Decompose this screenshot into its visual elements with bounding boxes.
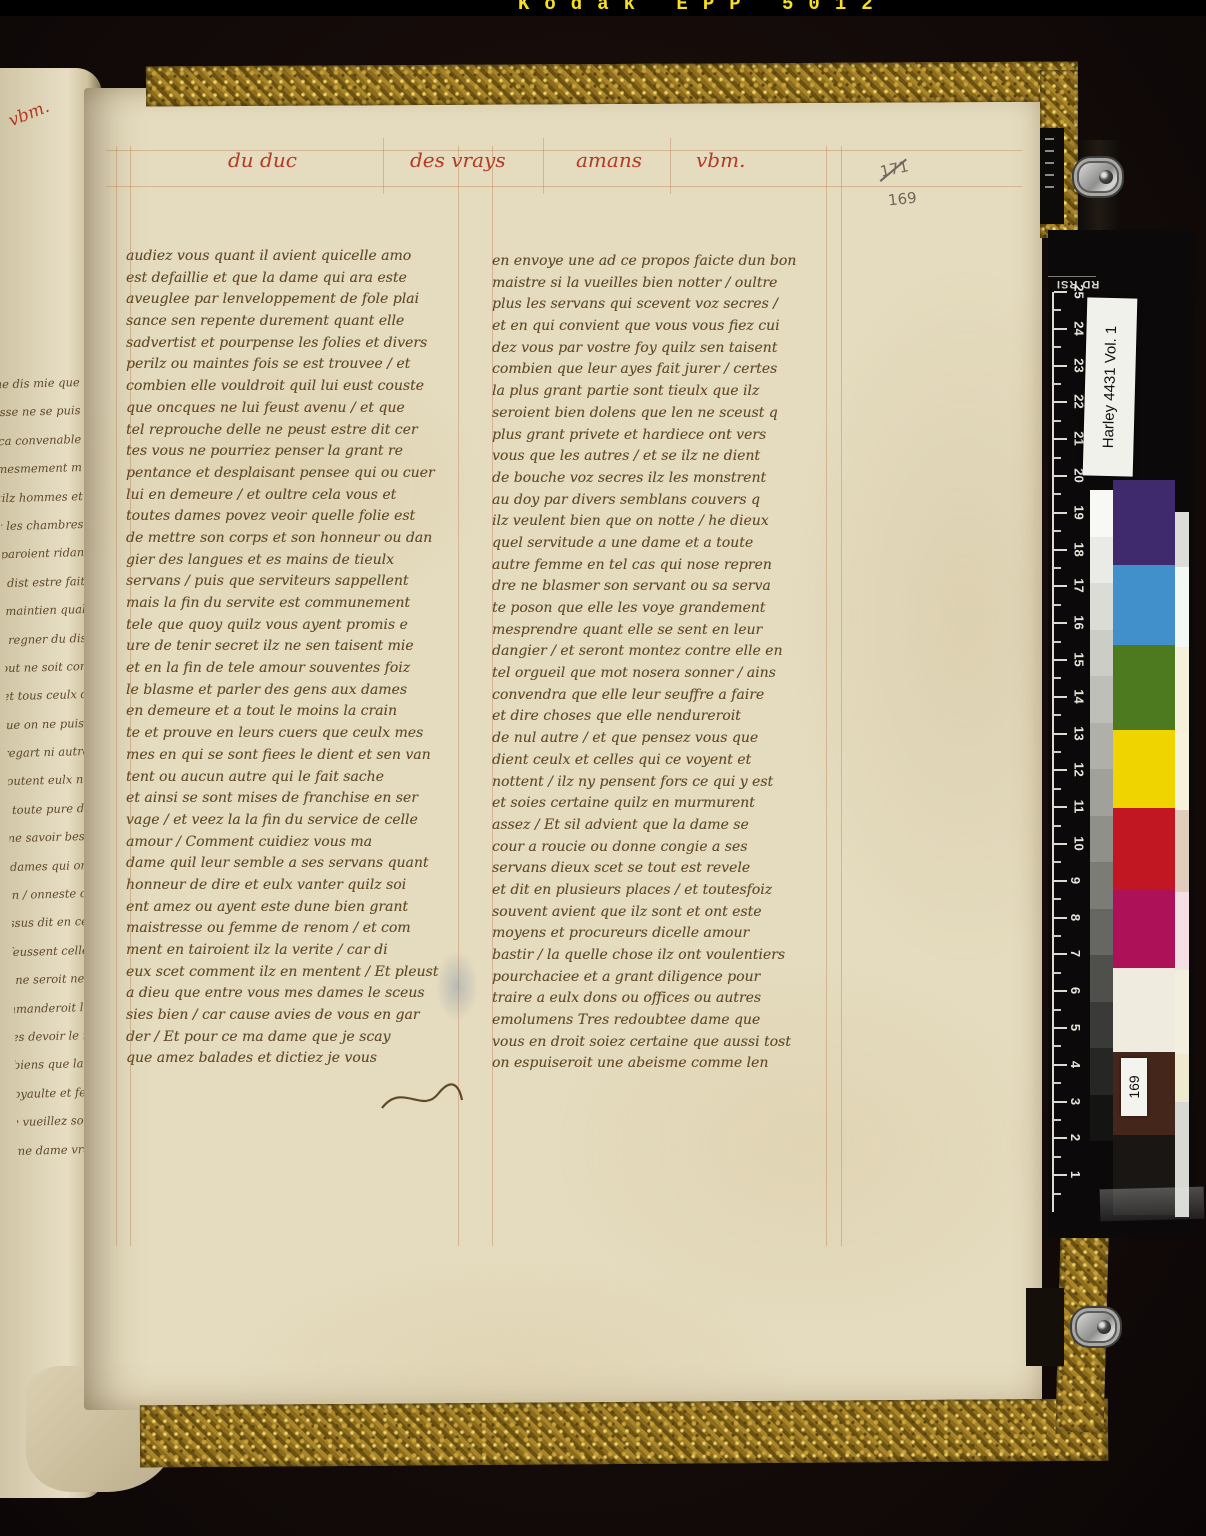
manuscript-line: et soies certaine quilz en murmurent: [492, 795, 832, 817]
ruler-number: 13: [1072, 726, 1087, 740]
color-patch: [1113, 890, 1175, 968]
facing-text-line: et apparoient ridan: [2, 545, 85, 576]
facing-text-line: e si bel maintien qual: [4, 602, 87, 633]
gray-step: [1090, 1095, 1114, 1142]
manuscript-line: eux scet comment ilz en mentent / Et ple…: [126, 964, 466, 986]
manuscript-line: der / Et pour ce ma dame que je scay: [126, 1029, 466, 1051]
color-patch: [1113, 565, 1175, 645]
ruler-number: 15: [1072, 652, 1087, 666]
manuscript-line: quel servitude a une dame et a toute: [492, 535, 832, 557]
ruling-line: [841, 146, 842, 1246]
manuscript-line: en demeure et a tout le moins la crain: [126, 703, 466, 725]
folio-number-struck: 171: [878, 157, 910, 181]
manuscript-line: dre ne blasmer son servant ou sa serva: [492, 578, 832, 600]
facing-text-line: dessus dit en ces: [12, 914, 95, 945]
manuscript-line: moyens et procureurs dicelle amour: [492, 925, 832, 947]
facing-text-line: es dames qui ont: [10, 858, 93, 889]
facing-text-line: qui tout ne soit con: [5, 659, 88, 690]
color-patch: [1113, 968, 1175, 1052]
gray-step: [1090, 769, 1114, 816]
ruler-number: 8: [1068, 913, 1083, 920]
gray-step: [1090, 862, 1114, 909]
ruler-number: 9: [1068, 877, 1083, 884]
manuscript-line: et dit en plusieurs places / et toutesfo…: [492, 882, 832, 904]
folio-tag-text: 169: [1126, 1075, 1142, 1098]
running-title-word: amans: [576, 148, 642, 172]
ruler-number: 24: [1072, 321, 1087, 335]
facing-text-line: et touca convenable: [0, 432, 82, 463]
manuscript-line: a dieu que entre vous mes dames le sceus: [126, 985, 466, 1007]
facing-text-line: avec les chambres: [1, 517, 84, 548]
facing-text-line: se toute pure de: [9, 801, 92, 832]
manuscript-line: cour a roucie ou donne congie a ses: [492, 839, 832, 861]
folio-number: 169: [887, 189, 917, 210]
manuscript-line: amour / Comment cuidiez vous ma: [126, 834, 466, 856]
manuscript-line: que oncques ne lui feust avenu / et que: [126, 400, 466, 422]
gray-step: [1090, 630, 1114, 677]
manuscript-line: mes en qui se sont fiees le dient et sen…: [126, 747, 466, 769]
facing-text-line: e que on ne puist: [7, 716, 90, 747]
ruling-line: [106, 186, 1022, 187]
manuscript-line: la plus grant partie sont tieulx que ilz: [492, 383, 832, 405]
ruler-number: 18: [1072, 542, 1087, 556]
manuscript-line: combien elle vouldroit quil lui eust cou…: [126, 378, 466, 400]
metal-clasp-top: [1072, 156, 1124, 198]
manuscript-line: pourchaciee et a grant diligence pour: [492, 969, 832, 991]
manuscript-line: gier des langues et es mains de tieulx: [126, 552, 466, 574]
tint-segment: [1175, 567, 1189, 647]
running-title-word: du duc: [228, 148, 297, 172]
text-column-1: audiez vous quant il avient quicelle amo…: [126, 248, 466, 1072]
facing-text-line: maistresse ne se puis: [0, 403, 81, 434]
scribal-flourish: [376, 1080, 466, 1116]
manuscript-line: assez / Et sil advient que la dame se: [492, 817, 832, 839]
ruler-number: 11: [1071, 800, 1086, 814]
ruler-number: 5: [1068, 1024, 1083, 1031]
facing-running-title: vbm.: [6, 97, 52, 131]
manuscript-line: honneur de dire et eulx vanter quilz soi: [126, 877, 466, 899]
manuscript-line: ilz veulent bien que on notte / he dieux: [492, 513, 832, 535]
manuscript-line: vous en droit soiez certaine que aussi t…: [492, 1034, 832, 1056]
facing-text-line: et ne dis mie que: [0, 375, 80, 406]
color-patch: [1113, 808, 1175, 890]
manuscript-line: plus les servans qui scevent voz secres …: [492, 296, 832, 318]
manuscript-line: au doy par divers semblans couvers q: [492, 492, 832, 514]
color-patch: [1113, 645, 1175, 730]
manuscript-line: et en qui convient que vous vous fiez cu…: [492, 318, 832, 340]
manuscript-line: on espuiseroit une abeisme comme len: [492, 1055, 832, 1077]
manuscript-line: pentance et desplaisant pensee qui ou cu…: [126, 465, 466, 487]
gray-step: [1090, 676, 1114, 723]
manuscript-line: te poson que elle les voye grandement: [492, 600, 832, 622]
ruler-number: 16: [1072, 615, 1087, 629]
ruler-tick: 2: [1054, 1138, 1098, 1175]
folio-tag-label: 169: [1121, 1058, 1147, 1116]
manuscript-line: dangier / et seront montez contre elle e…: [492, 643, 832, 665]
gray-step: [1090, 909, 1114, 956]
tint-segment: [1175, 892, 1189, 970]
manuscript-line: servans / puis que serviteurs sappellent: [126, 573, 466, 595]
shelfmark-label: Harley 4431 Vol. 1: [1083, 297, 1138, 476]
ruler-frame-line: [1048, 276, 1096, 277]
ruler-number: 10: [1072, 836, 1087, 850]
ruler-number: 12: [1072, 763, 1087, 777]
gray-step: [1090, 1002, 1114, 1049]
ruler-number: 25: [1072, 284, 1087, 298]
text-column-2: en envoye une ad ce propos faicte dun bo…: [492, 253, 832, 1077]
manuscript-line: toutes dames povez veoir quelle folie es…: [126, 508, 466, 530]
manuscript-line: vage / et veez la la fin du service de c…: [126, 812, 466, 834]
manuscript-line: tele que quoy quilz vous ayent promis e: [126, 617, 466, 639]
manuscript-line: que amez balades et dictiez je vous: [126, 1050, 466, 1072]
calibration-card: RD RSI 25 24 23 22 21: [1048, 230, 1194, 1238]
ruler-number: 4: [1068, 1061, 1083, 1068]
manuscript-line: bastir / la quelle chose ilz ont voulent…: [492, 947, 832, 969]
manuscript-line: plus grant privete et hardiece ont vers: [492, 427, 832, 449]
ruler-number: 7: [1068, 950, 1083, 957]
tint-segment: [1175, 970, 1189, 1054]
manuscript-line: maistre si la vueilles bien notter / oul…: [492, 275, 832, 297]
tape-strip: [1100, 1187, 1205, 1222]
manuscript-line: sies bien / car cause avies de vous en g…: [126, 1007, 466, 1029]
manuscript-line: vous que les autres / et se ilz ne dient: [492, 448, 832, 470]
film-edge-tab: [1040, 128, 1064, 224]
ruler-tick: 1: [1054, 1175, 1098, 1212]
gray-step: [1090, 1048, 1114, 1095]
ruler-number: 6: [1068, 987, 1083, 994]
tint-segment: [1175, 512, 1189, 567]
facing-text-line: mme savoir beso: [10, 829, 93, 860]
manuscript-line: et en la fin de tele amour souventes foi…: [126, 660, 466, 682]
manuscript-line: de nul autre / et que pensez vous que: [492, 730, 832, 752]
running-title-word: des vrays: [410, 148, 506, 172]
manuscript-line: sadvertist et pourpense les folies et di…: [126, 335, 466, 357]
manuscript-line: ment en tairoient ilz la verite / car di: [126, 942, 466, 964]
gray-step: [1090, 816, 1114, 863]
manuscript-line: combien que leur ayes fait jurer / certe…: [492, 361, 832, 383]
manuscript-line: de bouche voz secres ilz les monstrent: [492, 470, 832, 492]
manuscript-line: de mettre son corps et son honneur ou da…: [126, 530, 466, 552]
manuscript-line: audiez vous quant il avient quicelle amo: [126, 248, 466, 270]
manuscript-line: tent ou aucun autre qui le fait sache: [126, 769, 466, 791]
manuscript-line: tes vous ne pourriez penser la grant re: [126, 443, 466, 465]
ruler-number: 1: [1068, 1171, 1083, 1178]
manuscript-line: dient ceulx et celles qui ce voyent et: [492, 752, 832, 774]
gilt-edge-top: [146, 62, 1078, 107]
manuscript-line: est defaillie et que la dame qui ara est…: [126, 270, 466, 292]
manuscript-line: lui en demeure / et oultre cela vous et: [126, 487, 466, 509]
facing-text-line: pas et dist estre fait: [3, 574, 86, 605]
shelfmark-text: Harley 4431 Vol. 1: [1100, 326, 1120, 449]
gray-step: [1090, 537, 1114, 584]
facing-text-line: a bien / onneste ce: [11, 886, 94, 917]
manuscript-line: ent amez ou ayent este dune bien grant: [126, 899, 466, 921]
facing-text-line: eu mesmement m: [0, 460, 83, 491]
manuscript-line: tel reprouche delle ne peust estre dit c…: [126, 422, 466, 444]
manuscript-line: sance sen repente durement quant elle: [126, 313, 466, 335]
gilt-edge-bottom: [140, 1399, 1108, 1468]
facing-text-line: escoutent eulx ne: [8, 772, 91, 803]
manuscript-line: et ainsi se sont mises de franchise en s…: [126, 790, 466, 812]
gray-step: [1090, 583, 1114, 630]
manuscript-line: dame quil leur semble a ses servans quan…: [126, 855, 466, 877]
manuscript-line: mais la fin du servite est communement: [126, 595, 466, 617]
ruler-number: 2: [1068, 1134, 1083, 1141]
manuscript-line: maistresse ou femme de renom / et com: [126, 920, 466, 942]
manuscript-line: seroient bien dolens que len ne sceust q: [492, 405, 832, 427]
manuscript-line: mesprendre quant elle se sent en leur: [492, 622, 832, 644]
metal-clasp-bottom: [1070, 1306, 1122, 1348]
manuscript-line: aveuglee par lenveloppement de fole plai: [126, 291, 466, 313]
manuscript-photograph: vbm. et ne dis mie quemaistresse ne se p…: [0, 0, 1206, 1536]
manuscript-line: autre femme en tel cas qui nose repren: [492, 557, 832, 579]
manuscript-line: le blasme et parler des gens aux dames: [126, 682, 466, 704]
facing-text-line: gentilz hommes et: [1, 489, 84, 520]
manuscript-line: traire a eulx dons ou offices ou autres: [492, 990, 832, 1012]
ruling-line: [116, 146, 117, 1246]
ink-smudge: [436, 950, 478, 1022]
gray-step: [1090, 490, 1114, 537]
manuscript-page: du duc des vrays amans vbm. 171 169 audi…: [84, 88, 1042, 1410]
tint-strip: [1175, 512, 1189, 1217]
tint-segment: [1175, 1054, 1189, 1102]
tint-segment: [1175, 810, 1189, 892]
tint-segment: [1175, 647, 1189, 732]
gray-step: [1090, 723, 1114, 770]
manuscript-line: servans dieux scet se tout est revele: [492, 860, 832, 882]
film-label-text: Kodak EPP 5012: [518, 0, 888, 15]
manuscript-line: souvent avient que ilz sont et ont este: [492, 904, 832, 926]
tint-segment: [1175, 732, 1189, 810]
color-patch: [1113, 480, 1175, 565]
gray-step: [1090, 955, 1114, 1002]
film-edge-label: Kodak EPP 5012: [0, 0, 1206, 16]
ruler-number: 3: [1068, 1097, 1083, 1104]
facing-text-line: en regart ni autre: [7, 744, 90, 775]
ruler-number: 14: [1072, 689, 1087, 703]
manuscript-line: convendra que elle leur seuffre a faire: [492, 687, 832, 709]
running-title-word: vbm.: [696, 148, 745, 172]
manuscript-line: et dire choses que elle nendureroit: [492, 708, 832, 730]
ruler-number: 17: [1072, 579, 1087, 593]
grayscale-wedge: [1090, 490, 1114, 1141]
manuscript-line: dez vous par vostre foy quilz sen taisen…: [492, 340, 832, 362]
manuscript-line: en envoye une ad ce propos faicte dun bo…: [492, 253, 832, 275]
facing-text-line: ssis et tous ceulx d: [6, 687, 89, 718]
ruler-number: 19: [1072, 505, 1087, 519]
clasp-strap-bottom: [1026, 1288, 1064, 1366]
color-patch: [1113, 730, 1175, 808]
facing-text-line: e feussent celles: [12, 943, 95, 974]
manuscript-line: nottent / ilz ny pensent fors ce qui y e…: [492, 774, 832, 796]
manuscript-line: perilz ou maintes fois se est trouvee / …: [126, 356, 466, 378]
facing-text-line: et seul regner du dis: [4, 630, 87, 661]
manuscript-line: te et prouve en leurs cuers que ceulx me…: [126, 725, 466, 747]
manuscript-line: emolumens Tres redoubtee dame que: [492, 1012, 832, 1034]
manuscript-line: tel orgueil que mot nosera sonner / ains: [492, 665, 832, 687]
manuscript-line: ure de tenir secret ilz ne sen taisent m…: [126, 638, 466, 660]
